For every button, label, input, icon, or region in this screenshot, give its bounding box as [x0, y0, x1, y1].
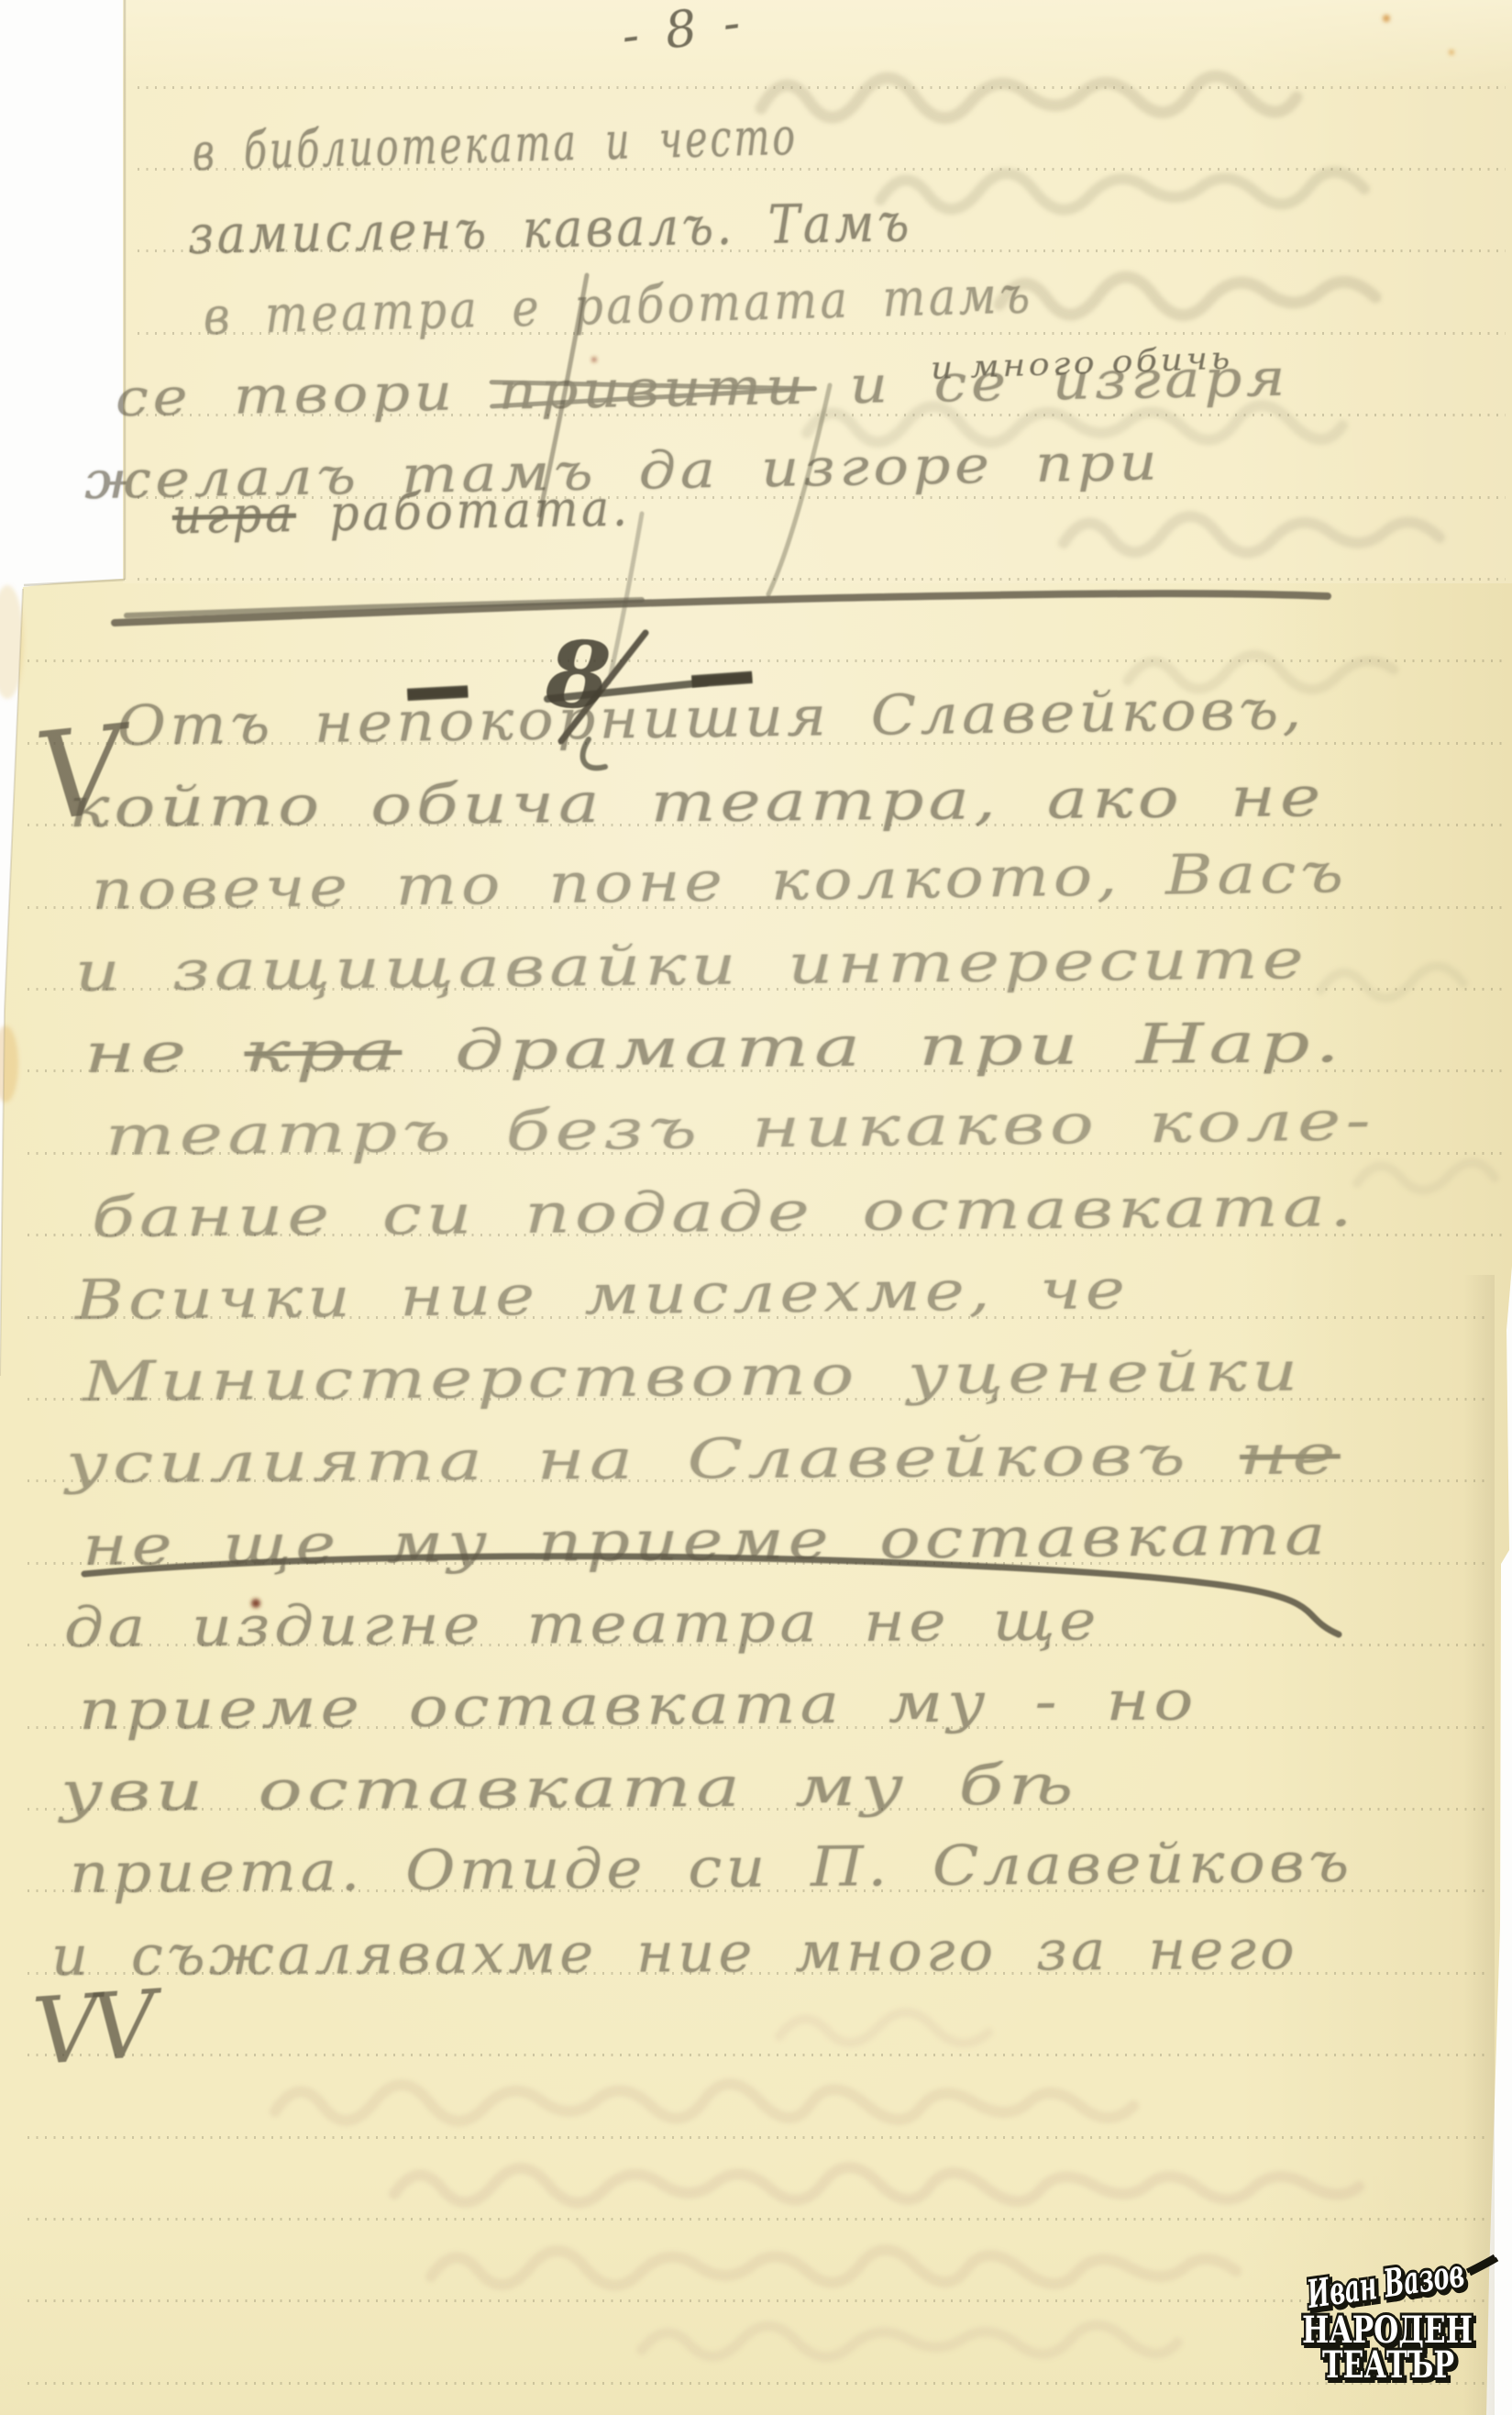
handwriting-line: игра работата. [171, 479, 631, 545]
handwriting-line: приеме оставката му - но [79, 1668, 1198, 1743]
handwriting-line: приета. Отиде си П. Славейковъ [70, 1831, 1353, 1906]
handwriting-text: замисленъ кавалъ. Тамъ [187, 191, 912, 266]
ruled-line [28, 2054, 1491, 2056]
handwriting-text: и съжалявахме ние много за него [51, 1918, 1298, 1988]
margin-mark-vv: VV [30, 1979, 150, 2078]
handwriting-text: не ще му приеме оставката [83, 1503, 1330, 1579]
struck-word: кра [244, 1019, 402, 1084]
handwriting-text: Всички ние мислехме, че [75, 1257, 1130, 1333]
header-right-dash: — [688, 671, 756, 676]
ruled-line [28, 2136, 1491, 2139]
handwriting-line: който обича театра, ако не [69, 765, 1326, 840]
handwriting-text: Министерството уценейки [83, 1339, 1303, 1414]
ruled-line [28, 659, 1506, 662]
handwriting-line: не кра драмата при Нар. [84, 1011, 1345, 1086]
handwriting-line: Всички ние мислехме, че [75, 1257, 1130, 1333]
handwriting-line: не ще му приеме оставката [83, 1503, 1330, 1579]
handwriting-text: се твори [115, 362, 499, 428]
ruled-line [28, 2382, 1491, 2385]
handwriting-line: Министерството уценейки [83, 1339, 1303, 1414]
handwriting-text: усилията на Славейковъ [66, 1424, 1241, 1496]
handwriting-text: приета. Отиде си П. Славейковъ [70, 1831, 1353, 1906]
handwriting-text: драмата при Нар. [402, 1011, 1345, 1083]
handwriting-text: работата. [295, 479, 631, 542]
handwriting-line: бание си подаде оставката. [92, 1175, 1357, 1250]
handwriting-line: да издигне театра не ще [64, 1589, 1100, 1660]
ruled-line [138, 578, 1506, 581]
struck-word: не [1240, 1423, 1341, 1488]
handwriting-text: който обича театра, ако не [69, 765, 1326, 840]
handwriting-text: уви оставката му бѣ [61, 1753, 1078, 1824]
struck-word: игра [171, 485, 296, 545]
handwriting-line: усилията на Славейковъ не [66, 1423, 1341, 1496]
handwriting-text: бание си подаде оставката. [92, 1175, 1357, 1250]
manuscript-scan: - 8 - — 8 — V VV в библиотеката и честоз… [0, 0, 1512, 2415]
ruled-line [138, 86, 1506, 89]
handwriting-text: да издигне театра не ще [64, 1589, 1100, 1660]
handwriting-text: приеме оставката му - но [79, 1668, 1198, 1743]
handwriting-line: замисленъ кавалъ. Тамъ [187, 191, 912, 266]
ruled-line [28, 2299, 1491, 2302]
ruled-line [28, 2218, 1491, 2221]
handwriting-text: не [84, 1020, 245, 1086]
handwriting-line: уви оставката му бѣ [61, 1753, 1078, 1824]
struck-word: привити [498, 357, 809, 422]
handwriting-line: и защищавайки интересите [75, 927, 1308, 1004]
paper-edge-shade [1463, 1275, 1495, 2415]
handwriting-line: и съжалявахме ние много за него [51, 1918, 1298, 1988]
handwriting-text: и защищавайки интересите [75, 927, 1308, 1004]
